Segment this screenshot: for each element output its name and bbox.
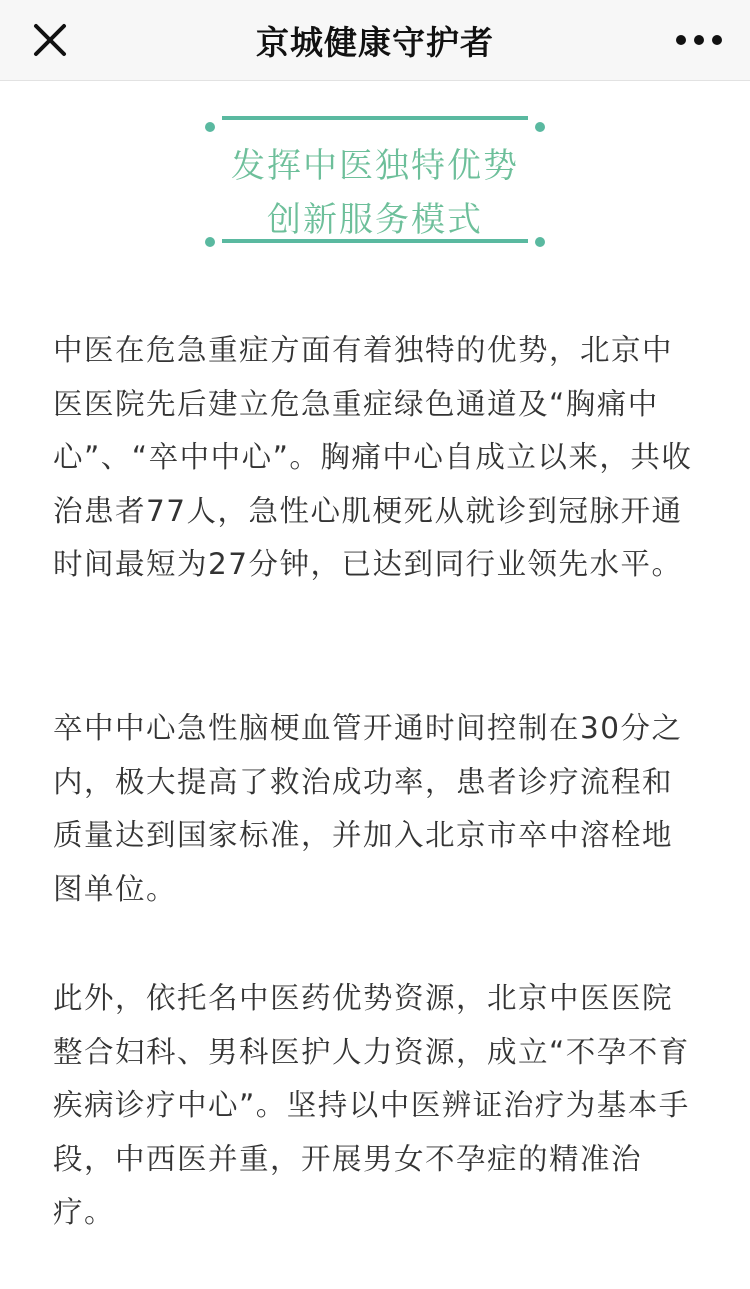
more-icon-dot xyxy=(676,35,686,45)
article-paragraph-3-block: 此外，依托名中医药优势资源，北京中医医院整合妇科、男科医护人力资源，成立“不孕不… xyxy=(53,972,698,1240)
article-paragraph: 卒中中心急性脑梗血管开通时间控制在30分之内，极大提高了救治成功率，患者诊疗流程… xyxy=(53,702,698,916)
more-icon-dot xyxy=(712,35,722,45)
section-banner: 发挥中医独特优势 创新服务模式 xyxy=(200,112,550,250)
article-paragraph: 此外，依托名中医药优势资源，北京中医医院整合妇科、男科医护人力资源，成立“不孕不… xyxy=(53,972,698,1240)
page-title: 京城健康守护者 xyxy=(0,17,750,64)
banner-top-line xyxy=(222,116,528,120)
banner-dot xyxy=(535,237,545,247)
banner-dot xyxy=(205,237,215,247)
banner-bottom-line xyxy=(222,239,528,243)
top-nav-bar: 京城健康守护者 xyxy=(0,0,750,81)
article-paragraph-2-block: 卒中中心急性脑梗血管开通时间控制在30分之内，极大提高了救治成功率，患者诊疗流程… xyxy=(53,702,698,916)
article-paragraph: 中医在危急重症方面有着独特的优势，北京中医医院先后建立危急重症绿色通道及“胸痛中… xyxy=(53,324,698,592)
banner-dot xyxy=(205,122,215,132)
banner-dot xyxy=(535,122,545,132)
banner-heading-line-1: 发挥中医独特优势 xyxy=(200,138,550,187)
banner-heading-line-2: 创新服务模式 xyxy=(200,192,550,241)
more-icon-dot xyxy=(694,35,704,45)
article-paragraph-1-block: 中医在危急重症方面有着独特的优势，北京中医医院先后建立危急重症绿色通道及“胸痛中… xyxy=(53,324,698,592)
more-options-button[interactable] xyxy=(676,28,722,52)
